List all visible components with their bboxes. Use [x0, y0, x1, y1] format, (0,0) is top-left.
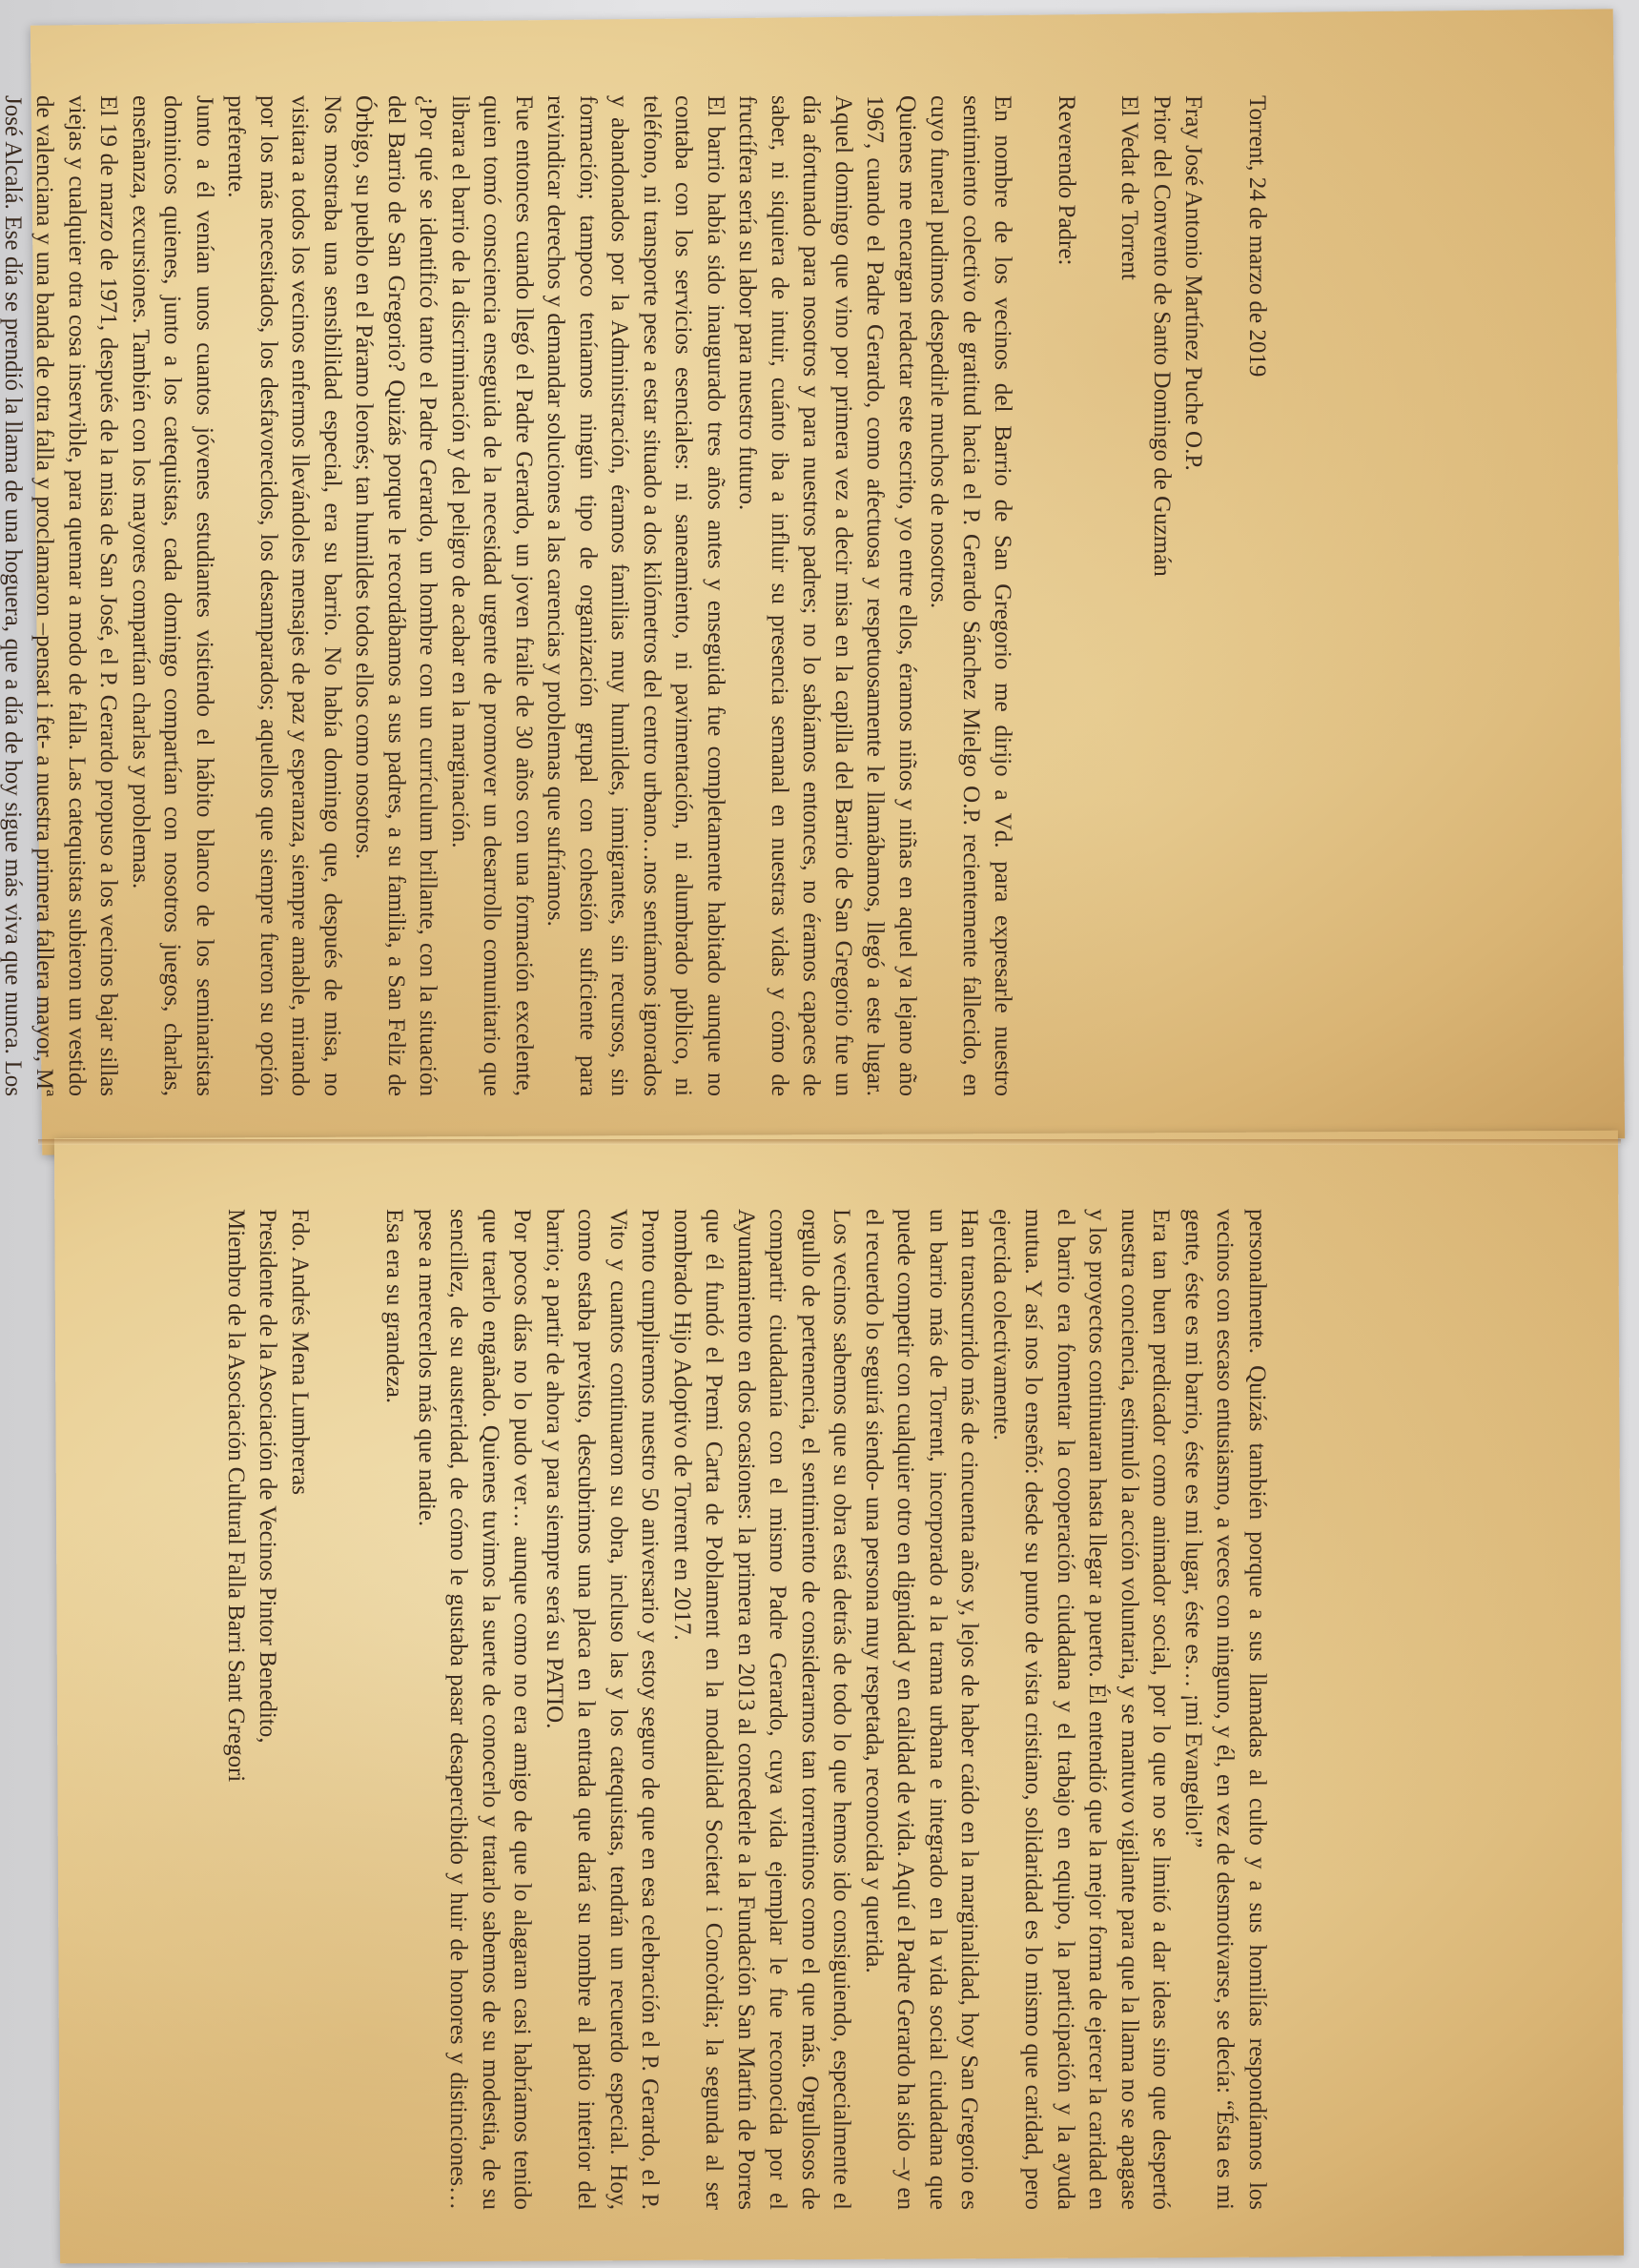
paragraph: El barrio había sido inaugurado tres año…: [540, 95, 731, 1096]
paragraph: Fue entonces cuando llegó el Padre Gerar…: [444, 95, 541, 1096]
recipient-line: El Vedat de Torrent: [1114, 95, 1146, 1096]
page-two-body: personalmente. Quizás también porque a s…: [379, 1209, 1273, 2210]
paragraph: Junto a él venían unos cuantos jóvenes e…: [125, 95, 221, 1096]
paragraph: Por pocos días no lo pudo ver… aunque co…: [411, 1209, 539, 2210]
letter-page-two: personalmente. Quizás también porque a s…: [220, 1209, 1274, 2210]
paragraph: ¿Por qué se identificó tanto el Padre Ge…: [348, 95, 444, 1096]
signature-line: Miembro de la Asociación Cultural Falla …: [220, 1209, 253, 2210]
paragraph: Han transcurrido más de cincuenta años y…: [858, 1209, 986, 2210]
page-one-body: En nombre de los vecinos del Barrio de S…: [0, 95, 1019, 1096]
signature-line: Presidente de la Asociación de Vecinos P…: [252, 1209, 284, 2210]
date-line: Torrent, 24 de marzo de 2019: [1241, 95, 1274, 1096]
paragraph: Los vecinos sabemos que su obra está det…: [666, 1209, 858, 2210]
recipient-line: Fray José Antonio Martínez Puche O.P.: [1178, 95, 1210, 1096]
signature-line: Fdo. Andrés Mena Lumbreras: [284, 1209, 317, 2210]
paragraph: Nos mostraba una sensibilidad especial, …: [220, 95, 348, 1096]
letter-page-one: Torrent, 24 de marzo de 2019 Fray José A…: [0, 95, 1273, 1096]
paragraph: Quienes me encargan redactar este escrit…: [731, 95, 923, 1096]
paragraph: En nombre de los vecinos del Barrio de S…: [923, 95, 1019, 1096]
paragraph: Esa era su grandeza.: [379, 1209, 411, 2210]
paragraph: personalmente. Quizás también porque a s…: [1178, 1209, 1274, 2210]
page-fold: [38, 1139, 1621, 1145]
paragraph: Era tan buen predicador como animador so…: [986, 1209, 1178, 2210]
paragraph: El 19 de marzo de 1971, después de la mi…: [0, 95, 125, 1096]
paragraph: Pronto cumpliremos nuestro 50 aniversari…: [539, 1209, 666, 2210]
recipient-line: Prior del Convento de Santo Domingo de G…: [1146, 95, 1178, 1096]
salutation: Reverendo Padre:: [1051, 95, 1083, 1096]
